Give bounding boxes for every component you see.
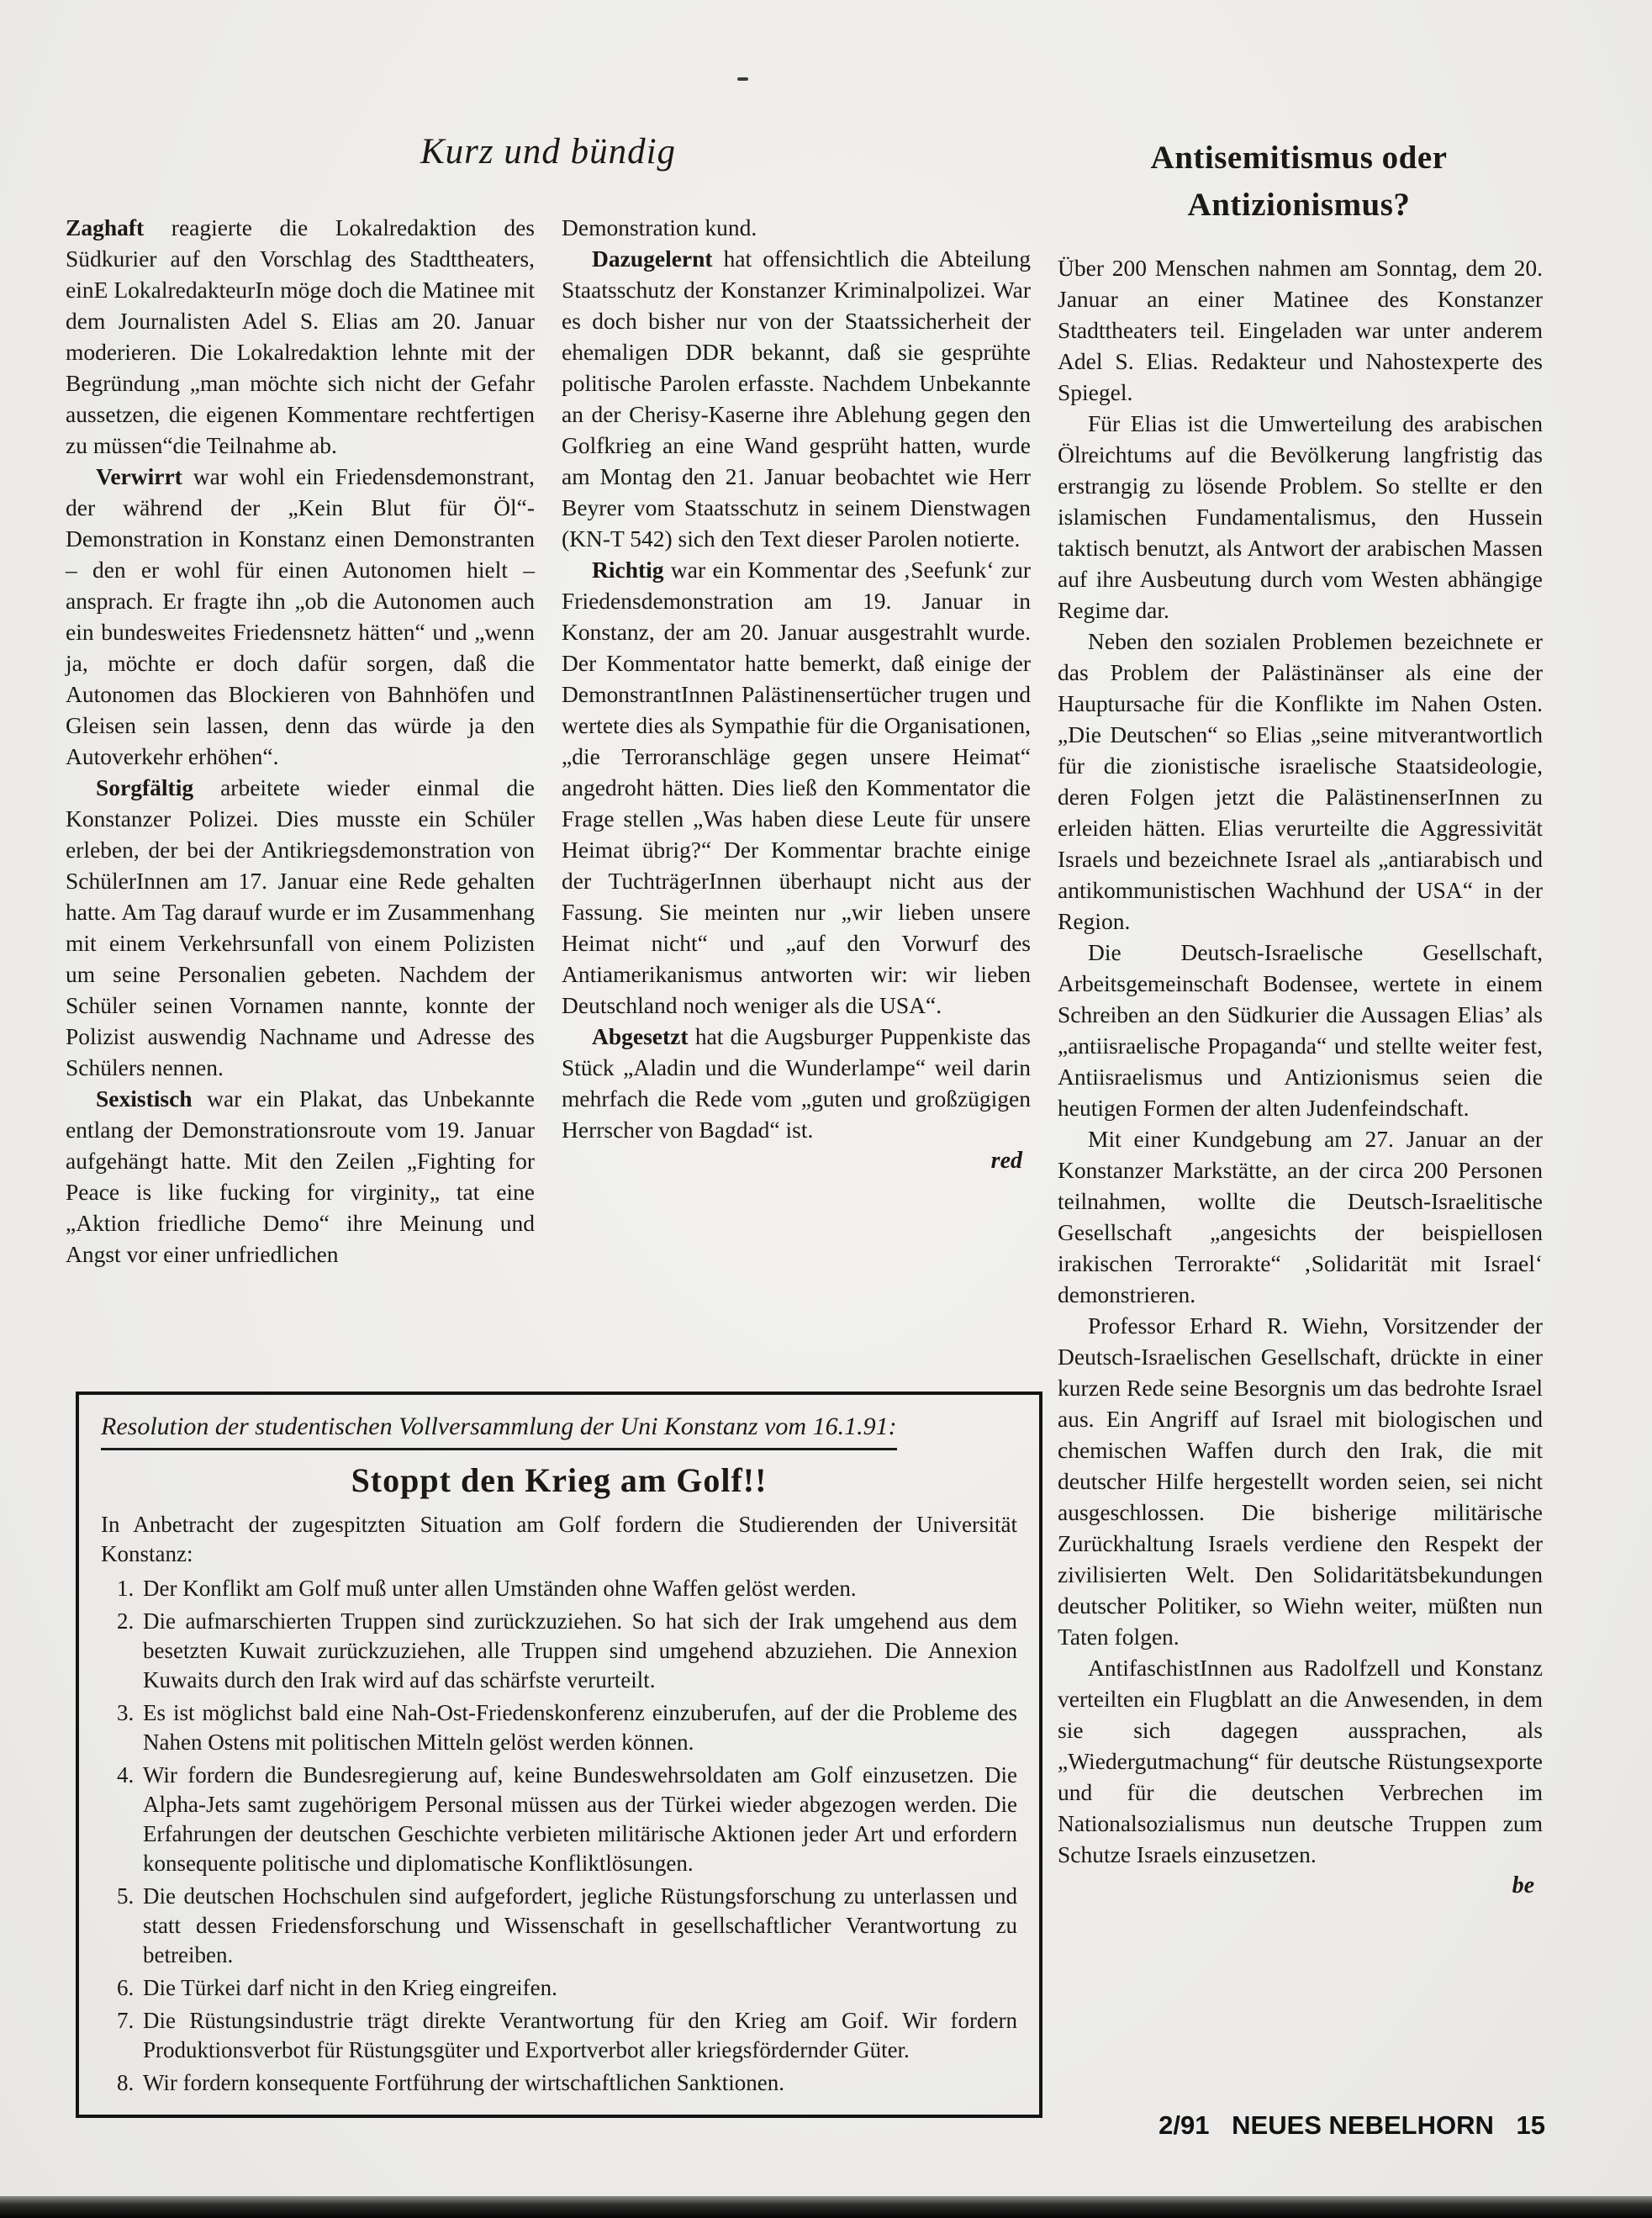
news-item-sorgfaeltig: Sorgfältig arbeitete wieder einmal die K… — [66, 772, 535, 1083]
scan-edge-artifact — [0, 2196, 1652, 2218]
paragraph-text: AntifaschistInnen aus Radolfzell und Kon… — [1058, 1655, 1543, 1867]
lead-word: Verwirrt — [96, 463, 182, 489]
resolution-item: Wir fordern konsequente Fortführung der … — [140, 2068, 1017, 2098]
article-paragraph: Die Deutsch-Israelische Gesellschaft, Ar… — [1058, 937, 1543, 1123]
resolution-item: Die Rüstungsindustrie trägt direkte Vera… — [140, 2006, 1017, 2065]
paragraph-text: reagierte die Lokalredaktion des Südkuri… — [66, 214, 535, 458]
lead-word: Sexistisch — [96, 1085, 193, 1112]
news-item-dazugelernt: Dazugelernt hat offensichtlich die Abtei… — [562, 243, 1031, 554]
article-paragraph: Für Elias ist die Umwerteilung des arabi… — [1058, 408, 1543, 626]
paragraph-text: Neben den sozialen Problemen bezeichnete… — [1058, 628, 1543, 934]
paragraph-text: hat offensichtlich die Abteilung Staatss… — [562, 246, 1031, 552]
scanned-magazine-page: { "masthead": { "kurz_heading": "Kurz un… — [0, 0, 1652, 2218]
paragraph-text: war ein Kommentar des ‚Seefunk‘ zur Frie… — [562, 557, 1031, 1018]
article-heading-antisemitismus: Antisemitismus oder Antizionismus? — [1051, 135, 1547, 229]
news-item-verwirrt: Verwirrt war wohl ein Friedensdemonstran… — [66, 461, 535, 772]
footer-magazine-title: NEUES NEBELHORN — [1232, 2110, 1494, 2140]
resolution-list: Der Konflikt am Golf muß unter allen Ums… — [101, 1574, 1017, 2098]
resolution-item: Wir fordern die Bundesregierung auf, kei… — [140, 1761, 1017, 1878]
lead-word: Sorgfältig — [96, 774, 193, 800]
author-signature-red: red — [562, 1145, 1031, 1176]
news-item-abgesetzt: Abgesetzt hat die Augsburger Puppenkiste… — [562, 1021, 1031, 1145]
resolution-title: Stoppt den Krieg am Golf!! — [101, 1465, 1017, 1495]
article-paragraph: AntifaschistInnen aus Radolfzell und Kon… — [1058, 1652, 1543, 1870]
news-item-richtig: Richtig war ein Kommentar des ‚Seefunk‘ … — [562, 554, 1031, 1021]
resolution-box: Resolution der studentischen Vollversamm… — [76, 1392, 1042, 2118]
right-column: Über 200 Menschen nahmen am Sonntag, dem… — [1058, 252, 1543, 1901]
left-column: Zaghaft reagierte die Lokalredaktion des… — [66, 212, 535, 1270]
paragraph-text: arbeitete wieder einmal die Konstanzer P… — [66, 774, 535, 1080]
paragraph-text: Für Elias ist die Umwerteilung des arabi… — [1058, 410, 1543, 623]
lead-word: Zaghaft — [66, 214, 144, 240]
paragraph-text: Mit einer Kundgebung am 27. Januar an de… — [1058, 1126, 1543, 1307]
paragraph-text: Demonstration kund. — [562, 214, 757, 240]
lead-word: Abgesetzt — [592, 1023, 689, 1049]
article-paragraph: Neben den sozialen Problemen bezeichnete… — [1058, 626, 1543, 937]
author-signature-be: be — [1058, 1870, 1543, 1901]
paragraph-text: war wohl ein Friedensdemonstrant, der wä… — [66, 463, 535, 769]
news-item-sexistisch: Sexistisch war ein Plakat, das Unbekannt… — [66, 1083, 535, 1270]
scan-artifact-dash — [737, 77, 748, 81]
paragraph-text: Professor Erhard R. Wiehn, Vorsitzender … — [1058, 1312, 1543, 1650]
paragraph-text: war ein Plakat, das Unbekannte entlang d… — [66, 1085, 535, 1267]
resolution-item: Die aufmarschierten Truppen sind zurückz… — [140, 1607, 1017, 1695]
footer-page-number: 15 — [1517, 2110, 1545, 2140]
lead-word: Dazugelernt — [592, 246, 713, 272]
resolution-header: Resolution der studentischen Vollversamm… — [101, 1412, 897, 1450]
middle-column: Demonstration kund. Dazugelernt hat offe… — [562, 212, 1031, 1176]
news-item-continuation: Demonstration kund. — [562, 212, 1031, 243]
resolution-item: Der Konflikt am Golf muß unter allen Ums… — [140, 1574, 1017, 1603]
paragraph-text: Über 200 Menschen nahmen am Sonntag, dem… — [1058, 255, 1543, 405]
lead-word: Richtig — [592, 557, 664, 583]
resolution-item: Die deutschen Hochschulen sind aufgeford… — [140, 1882, 1017, 1970]
article-heading-line2: Antizionismus? — [1188, 187, 1411, 223]
article-paragraph: Professor Erhard R. Wiehn, Vorsitzender … — [1058, 1310, 1543, 1652]
article-paragraph: Mit einer Kundgebung am 27. Januar an de… — [1058, 1123, 1543, 1310]
resolution-intro: In Anbetracht der zugespitzten Situation… — [101, 1510, 1017, 1569]
resolution-item: Die Türkei darf nicht in den Krieg eingr… — [140, 1973, 1017, 2003]
page-footer: 2/91 NEUES NEBELHORN 15 — [1058, 2110, 1545, 2141]
article-paragraph: Über 200 Menschen nahmen am Sonntag, dem… — [1058, 252, 1543, 408]
resolution-item: Es ist möglichst bald eine Nah-Ost-Fried… — [140, 1698, 1017, 1757]
section-heading-kurz-und-buendig: Kurz und bündig — [66, 131, 1031, 172]
news-item-zaghaft: Zaghaft reagierte die Lokalredaktion des… — [66, 212, 535, 461]
paragraph-text: Die Deutsch-Israelische Gesellschaft, Ar… — [1058, 939, 1543, 1121]
article-heading-line1: Antisemitismus oder — [1151, 140, 1448, 176]
footer-issue: 2/91 — [1159, 2110, 1209, 2140]
